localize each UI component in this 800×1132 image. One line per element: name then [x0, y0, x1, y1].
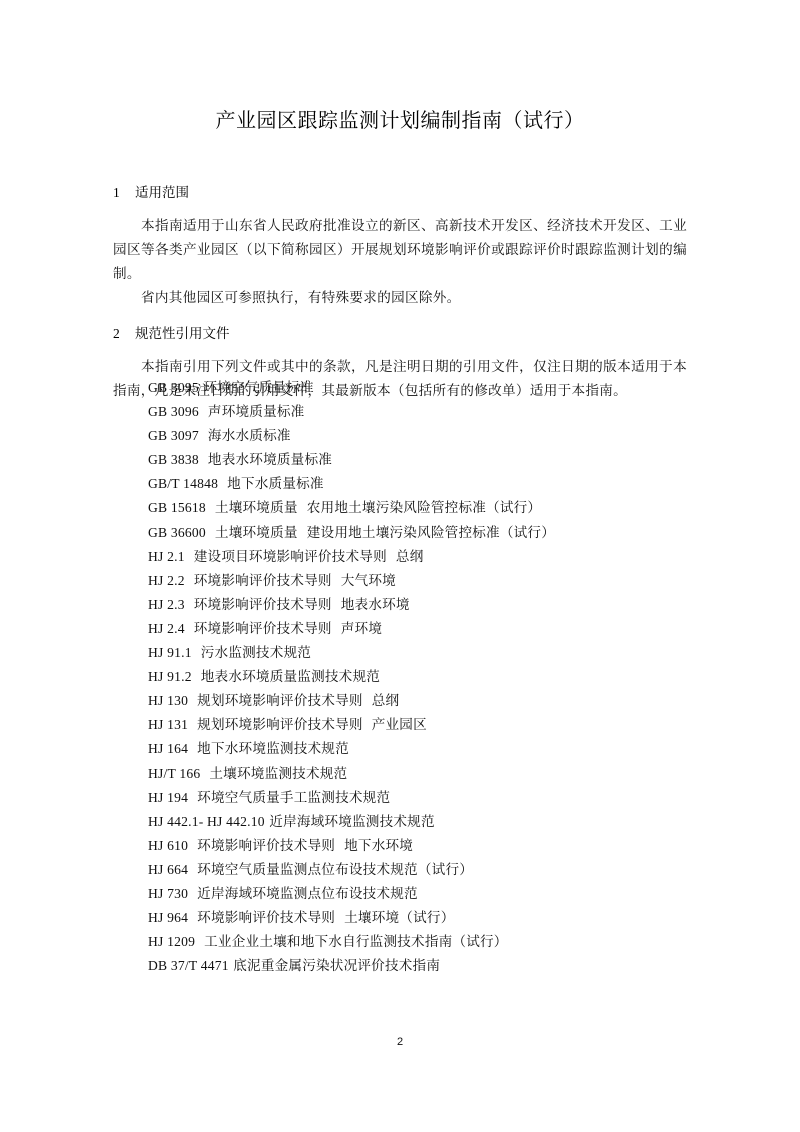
- reference-item: GB/T 14848 地下水质量标准: [148, 472, 555, 496]
- reference-item: HJ 664 环境空气质量监测点位布设技术规范（试行）: [148, 858, 555, 882]
- reference-item: HJ 194 环境空气质量手工监测技术规范: [148, 786, 555, 810]
- page-number: 2: [0, 1036, 800, 1048]
- reference-item: HJ 130 规划环境影响评价技术导则 总纲: [148, 689, 555, 713]
- reference-item: GB 3838 地表水环境质量标准: [148, 448, 555, 472]
- section-heading-scope: 1适用范围: [113, 181, 189, 201]
- reference-item: HJ 964 环境影响评价技术导则 土壤环境（试行）: [148, 906, 555, 930]
- reference-item: HJ 730 近岸海域环境监测点位布设技术规范: [148, 882, 555, 906]
- scope-paragraph-2: 省内其他园区可参照执行，有特殊要求的园区除外。: [113, 286, 687, 310]
- reference-item: GB 3096 声环境质量标准: [148, 400, 555, 424]
- reference-item: HJ 91.1 污水监测技术规范: [148, 641, 555, 665]
- reference-item: HJ 91.2 地表水环境质量监测技术规范: [148, 665, 555, 689]
- reference-item: HJ 2.1 建设项目环境影响评价技术导则 总纲: [148, 545, 555, 569]
- document-title: 产业园区跟踪监测计划编制指南（试行）: [0, 104, 800, 133]
- scope-paragraph-1: 本指南适用于山东省人民政府批准设立的新区、高新技术开发区、经济技术开发区、工业园…: [113, 214, 687, 286]
- reference-item: HJ 442.1- HJ 442.10 近岸海域环境监测技术规范: [148, 810, 555, 834]
- reference-item: HJ 2.3 环境影响评价技术导则 地表水环境: [148, 593, 555, 617]
- reference-item: HJ 2.4 环境影响评价技术导则 声环境: [148, 617, 555, 641]
- reference-item: DB 37/T 4471 底泥重金属污染状况评价技术指南: [148, 954, 555, 978]
- reference-item: HJ/T 166 土壤环境监测技术规范: [148, 762, 555, 786]
- reference-item: HJ 2.2 环境影响评价技术导则 大气环境: [148, 569, 555, 593]
- reference-item: HJ 610 环境影响评价技术导则 地下水环境: [148, 834, 555, 858]
- reference-item: HJ 1209 工业企业土壤和地下水自行监测技术指南（试行）: [148, 930, 555, 954]
- reference-item: GB 36600 土壤环境质量 建设用地土壤污染风险管控标准（试行）: [148, 521, 555, 545]
- section-heading-references: 2规范性引用文件: [113, 322, 230, 342]
- section-title: 规范性引用文件: [135, 326, 230, 342]
- document-page: 产业园区跟踪监测计划编制指南（试行） 1适用范围 本指南适用于山东省人民政府批准…: [0, 0, 800, 1132]
- reference-item: GB 3095 环境空气质量标准: [148, 376, 555, 400]
- reference-item: HJ 164 地下水环境监测技术规范: [148, 737, 555, 761]
- section-title: 适用范围: [135, 185, 189, 201]
- reference-item: HJ 131 规划环境影响评价技术导则 产业园区: [148, 713, 555, 737]
- reference-item: GB 3097 海水水质标准: [148, 424, 555, 448]
- reference-list: GB 3095 环境空气质量标准 GB 3096 声环境质量标准 GB 3097…: [148, 376, 555, 978]
- reference-item: GB 15618 土壤环境质量 农用地土壤污染风险管控标准（试行）: [148, 496, 555, 520]
- section-number: 1: [113, 185, 135, 201]
- section-number: 2: [113, 326, 135, 342]
